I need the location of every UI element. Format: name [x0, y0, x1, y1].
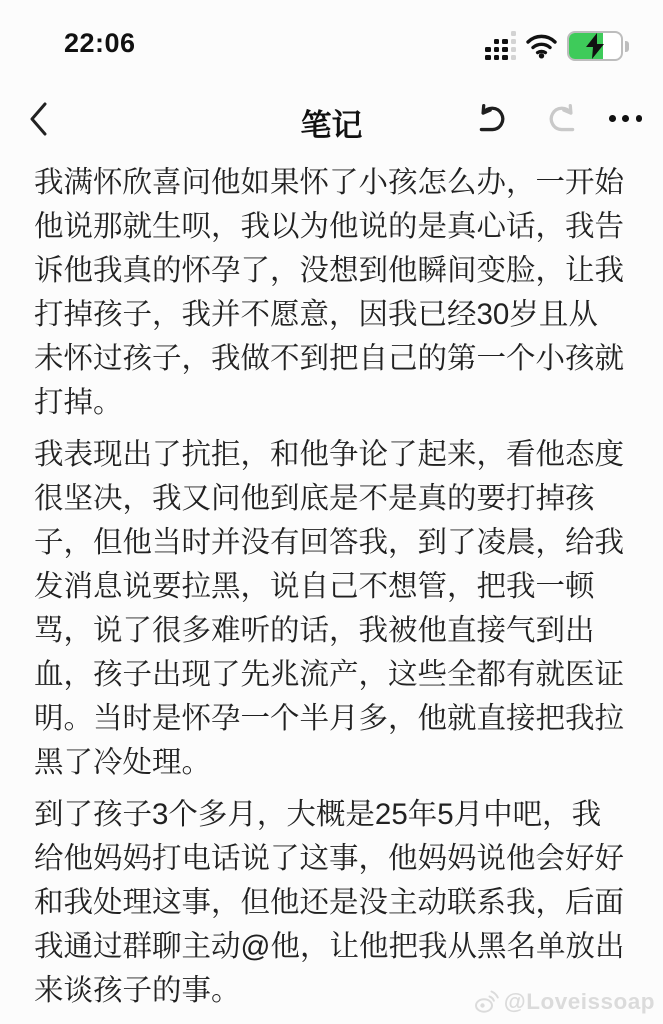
status-bar: 22:06 [0, 24, 663, 68]
redo-icon[interactable] [542, 100, 580, 138]
status-icons [485, 24, 629, 68]
battery-charging-icon [567, 31, 629, 61]
notes-app-screen: 22:06 [0, 0, 663, 1024]
note-paragraph[interactable]: 到了孩子3个多月，大概是25年5月中吧，我 给他妈妈打电话说了这事，他妈妈说他会… [34, 793, 634, 1013]
more-menu-icon[interactable] [609, 115, 642, 122]
cell-signal-icon [485, 32, 516, 60]
nav-bar: 笔记 [0, 88, 663, 150]
watermark: @Loveissoap [473, 988, 655, 1015]
note-paragraph[interactable]: 我满怀欣喜问他如果怀了小孩怎么办，一开始 他说那就生呗，我以为他说的是真心话，我… [34, 161, 634, 425]
watermark-text: @Loveissoap [504, 989, 655, 1015]
undo-icon[interactable] [474, 100, 512, 138]
wifi-icon [525, 33, 558, 59]
note-paragraph[interactable]: 我表现出了抗拒，和他争论了起来，看他态度 很坚决，我又问他到底是不是真的要打掉孩… [34, 433, 634, 785]
weibo-icon [473, 988, 500, 1015]
note-editor[interactable]: 我满怀欣喜问他如果怀了小孩怎么办，一开始 他说那就生呗，我以为他说的是真心话，我… [34, 161, 634, 1021]
clock: 22:06 [64, 28, 136, 59]
